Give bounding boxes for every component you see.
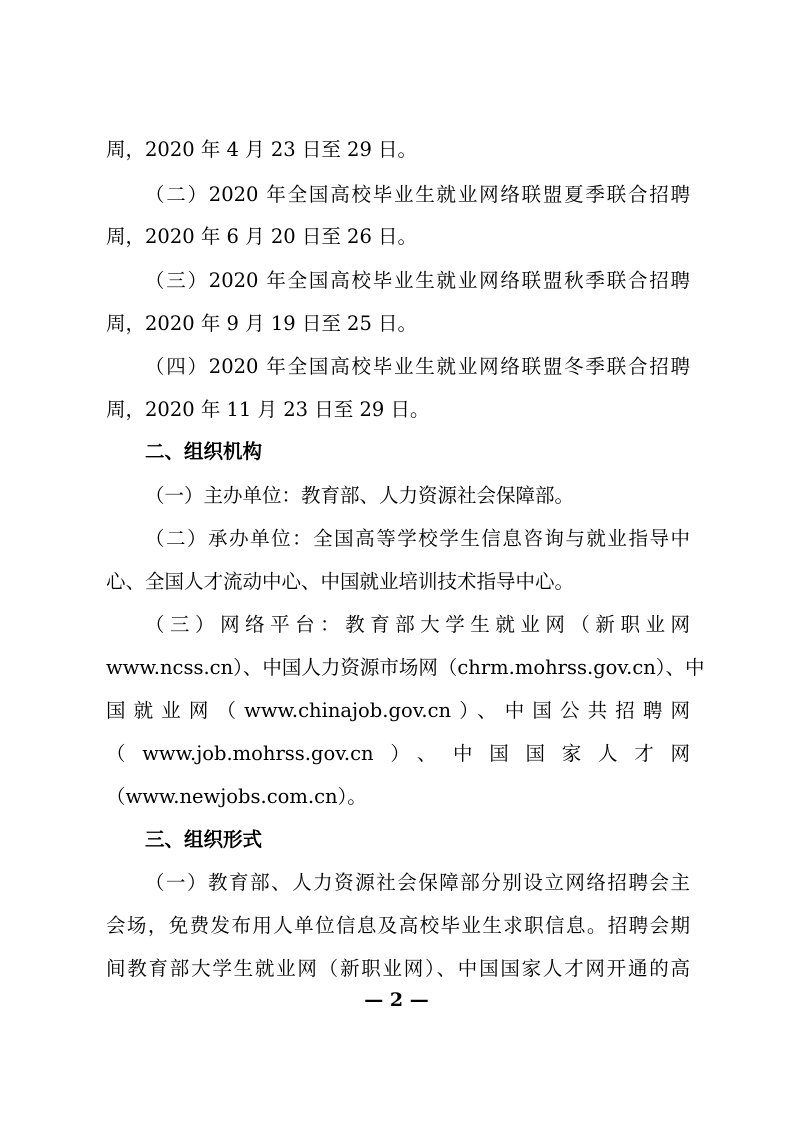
text-line: 会场，免费发布用人单位信息及高校毕业生求职信息。招聘会期 (106, 912, 690, 940)
text-line: （一）主办单位：教育部、人力资源社会保障部。 (145, 482, 690, 510)
document-page: 周，2020 年 4 月 23 日至 29 日。 （二）2020 年全国高校毕业… (0, 0, 793, 1122)
text-line: www.ncss.cn）、中国人力资源市场网（chrm.mohrss.gov.c… (106, 654, 690, 682)
page-number: — 2 — (0, 986, 793, 1014)
text-line: 周，2020 年 11 月 23 日至 29 日。 (106, 396, 690, 424)
text-line: （二）2020 年全国高校毕业生就业网络联盟夏季联合招聘 (145, 181, 690, 209)
text-line: （三）网络平台：教育部大学生就业网（新职业网 (145, 611, 690, 639)
text-line: （一）教育部、人力资源社会保障部分别设立网络招聘会主 (145, 869, 690, 897)
text-line: （www.newjobs.com.cn）。 (106, 783, 690, 811)
text-line: （二）承办单位：全国高等学校学生信息咨询与就业指导中 (145, 525, 690, 553)
section-heading: 三、组织形式 (145, 826, 690, 854)
text-line: （www.job.mohrss.gov.cn）、中国国家人才网 (106, 740, 690, 768)
text-line: （四）2020 年全国高校毕业生就业网络联盟冬季联合招聘 (145, 353, 690, 381)
text-line: 周，2020 年 9 月 19 日至 25 日。 (106, 310, 690, 338)
section-heading: 二、组织机构 (145, 438, 690, 466)
text-line: 周，2020 年 4 月 23 日至 29 日。 (106, 136, 690, 164)
text-line: 心、全国人才流动中心、中国就业培训技术指导中心。 (106, 568, 690, 596)
text-line: 间教育部大学生就业网（新职业网）、中国国家人才网开通的高 (106, 955, 690, 983)
text-line: 国就业网（www.chinajob.gov.cn）、中国公共招聘网 (106, 697, 690, 725)
text-line: 周，2020 年 6 月 20 日至 26 日。 (106, 223, 690, 251)
text-line: （三）2020 年全国高校毕业生就业网络联盟秋季联合招聘 (145, 267, 690, 295)
